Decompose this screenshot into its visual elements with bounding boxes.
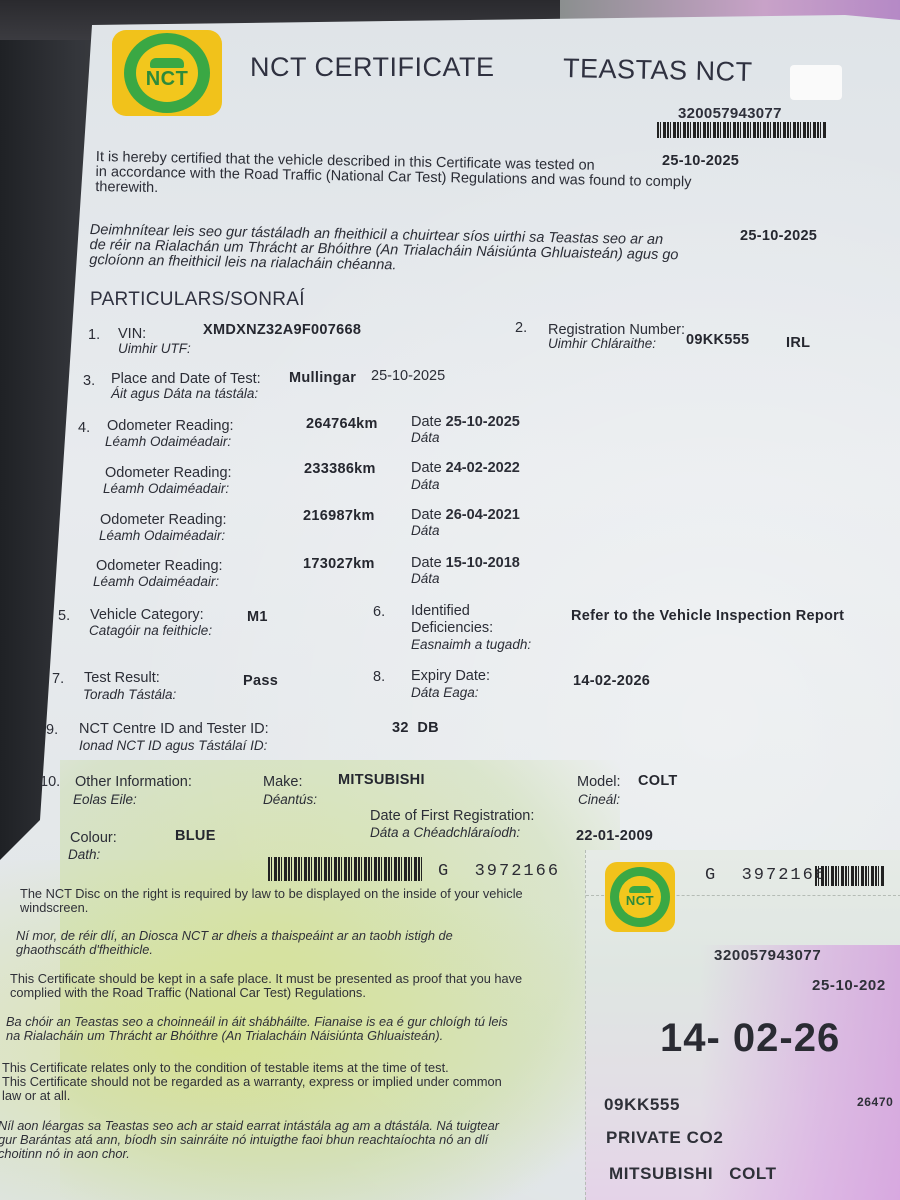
- odometer-value: 264764km: [306, 416, 378, 432]
- disc-category: PRIVATE CO2: [606, 1128, 723, 1148]
- footer-notice-3: This Certificate should be kept in a saf…: [10, 972, 522, 1000]
- certificate-paper: NCT NCT CERTIFICATE TEASTAS NCT 32005794…: [0, 0, 900, 1200]
- result-label: Test Result:: [84, 670, 160, 686]
- odometer-label: Odometer Reading:: [105, 465, 232, 481]
- other-label: Other Information:: [75, 774, 192, 790]
- footer-line: Ní mor, de réir dlí, an Diosca NCT ar dh…: [16, 929, 453, 943]
- odometer-date-label-ga: Dáta: [411, 571, 440, 586]
- serial-barcode: [657, 122, 827, 138]
- odometer-label-ga: Léamh Odaiméadair:: [99, 528, 225, 543]
- test-date-ga: 25-10-2025: [740, 228, 817, 244]
- certificate-barcode-number: G 3972166: [438, 862, 560, 881]
- footer-line: Níl aon léargas sa Teastas seo ach ar st…: [0, 1119, 499, 1133]
- odometer-value: 233386km: [304, 461, 376, 477]
- disc-barcode: [815, 866, 885, 886]
- item-number: 2.: [515, 320, 527, 336]
- disc-registration: 09KK555: [604, 1095, 680, 1115]
- odometer-label-ga: Léamh Odaiméadair:: [103, 481, 229, 496]
- odometer-value: 173027km: [303, 556, 375, 572]
- disc-test-date: 25-10-202: [812, 977, 886, 994]
- deficiencies-label: Deficiencies:: [411, 620, 493, 636]
- footer-line: law or at all.: [2, 1089, 502, 1103]
- odometer-date-label-ga: Dáta: [411, 477, 440, 492]
- expiry-label-ga: Dáta Eaga:: [411, 685, 479, 700]
- item-number: 10.: [40, 774, 60, 790]
- footer-line: windscreen.: [20, 901, 523, 915]
- deficiencies-value: Refer to the Vehicle Inspection Report: [571, 608, 844, 624]
- centre-value: 32 DB: [392, 720, 439, 736]
- colour-value: BLUE: [175, 828, 216, 844]
- car-icon: [629, 886, 651, 893]
- disc-serial-number: 320057943077: [714, 947, 821, 964]
- item-number: 8.: [373, 669, 385, 685]
- make-label-ga: Déantús:: [263, 792, 317, 807]
- footer-line: The NCT Disc on the right is required by…: [20, 887, 523, 901]
- redaction-box: [790, 65, 842, 100]
- first-reg-value: 22-01-2009: [576, 828, 653, 844]
- footer-line: na Rialacháin um Thrácht ar Bhóithre (An…: [6, 1029, 508, 1043]
- odometer-date-label-ga: Dáta: [411, 430, 440, 445]
- deficiencies-label-ga: Easnaimh a tugadh:: [411, 637, 531, 652]
- disc-odometer: 26470: [857, 1095, 893, 1109]
- category-label-ga: Catagóir na feithicle:: [89, 623, 212, 638]
- item-number: 1.: [88, 327, 100, 343]
- odometer-date: 26-04-2021: [446, 507, 520, 523]
- model-label: Model:: [577, 774, 621, 790]
- vin-label-ga: Uimhir UTF:: [118, 341, 191, 356]
- result-label-ga: Toradh Tástála:: [83, 687, 176, 702]
- odometer-date-label: Date: [411, 460, 442, 476]
- nct-logo-icon: NCT: [112, 30, 222, 116]
- odometer-value: 216987km: [303, 508, 375, 524]
- make-value: MITSUBISHI: [338, 772, 425, 788]
- item-number: 6.: [373, 604, 385, 620]
- expiry-label: Expiry Date:: [411, 668, 490, 684]
- footer-line: This Certificate should not be regarded …: [2, 1075, 502, 1089]
- expiry-value: 14-02-2026: [573, 673, 650, 689]
- result-value: Pass: [243, 673, 278, 689]
- disc-make-model: MITSUBISHI COLT: [609, 1164, 777, 1184]
- vin-value: XMDXNZ32A9F007668: [203, 322, 361, 338]
- footer-notice-4: Ba chóir an Teastas seo a choinneáil in …: [6, 1015, 508, 1043]
- certificate-barcode: [268, 857, 423, 881]
- odometer-label: Odometer Reading:: [100, 512, 227, 528]
- item-number: 5.: [58, 608, 70, 624]
- footer-line: This Certificate relates only to the con…: [2, 1061, 502, 1075]
- particulars-heading: PARTICULARS/SONRAÍ: [90, 289, 305, 311]
- first-reg-label-ga: Dáta a Chéadchláraíodh:: [370, 825, 520, 840]
- test-place: Mullingar: [289, 370, 356, 386]
- nct-disc-logo-icon: NCT: [605, 862, 675, 932]
- vin-label: VIN:: [118, 326, 146, 342]
- odometer-date: 24-02-2022: [446, 460, 520, 476]
- item-number: 4.: [78, 420, 90, 436]
- item-number: 9.: [46, 722, 58, 738]
- deficiencies-label: Identified: [411, 603, 470, 619]
- footer-line: choitinn nó in aon chor.: [0, 1147, 499, 1161]
- footer-notice-2: Ní mor, de réir dlí, an Diosca NCT ar dh…: [16, 929, 453, 957]
- odometer-label: Odometer Reading:: [96, 558, 223, 574]
- footer-line: Ba chóir an Teastas seo a choinneáil in …: [6, 1015, 508, 1029]
- disc-expiry-date: 14- 02-26: [660, 1016, 840, 1061]
- place-date-label-ga: Áit agus Dáta na tástála:: [111, 386, 258, 401]
- footer-line: complied with the Road Traffic (National…: [10, 986, 522, 1000]
- odometer-date-label: Date: [411, 414, 442, 430]
- logo-text: NCT: [146, 69, 189, 89]
- car-icon: [150, 58, 184, 68]
- colour-label-ga: Dath:: [68, 847, 100, 862]
- odometer-date: 15-10-2018: [446, 555, 520, 571]
- test-date-en: 25-10-2025: [662, 153, 739, 169]
- odometer-date-label-ga: Dáta: [411, 523, 440, 538]
- footer-line: ghaothscáth d'fheithicle.: [16, 943, 453, 957]
- item-number: 3.: [83, 373, 95, 389]
- odometer-label-ga: Léamh Odaiméadair:: [105, 434, 231, 449]
- registration-value: 09KK555: [686, 332, 749, 348]
- statement-en: It is hereby certified that the vehicle …: [95, 150, 692, 205]
- category-value: M1: [247, 609, 268, 625]
- make-label: Make:: [263, 774, 303, 790]
- logo-text: NCT: [626, 894, 654, 908]
- odometer-date: 25-10-2025: [446, 414, 520, 430]
- colour-label: Colour:: [70, 830, 117, 846]
- odometer-label: Odometer Reading:: [107, 418, 234, 434]
- registration-country: IRL: [786, 335, 810, 351]
- odometer-label-ga: Léamh Odaiméadair:: [93, 574, 219, 589]
- serial-number: 320057943077: [678, 105, 782, 122]
- odometer-date-label: Date: [411, 507, 442, 523]
- footer-notice-6: Níl aon léargas sa Teastas seo ach ar st…: [0, 1119, 499, 1161]
- footer-notice-5: This Certificate relates only to the con…: [2, 1061, 502, 1103]
- footer-notice-1: The NCT Disc on the right is required by…: [20, 887, 523, 915]
- footer-line: gur Barántas atá ann, bíodh sin sainráit…: [0, 1133, 499, 1147]
- place-date-label: Place and Date of Test:: [111, 371, 261, 387]
- model-label-ga: Cineál:: [578, 792, 620, 807]
- centre-label: NCT Centre ID and Tester ID:: [79, 721, 269, 737]
- footer-line: This Certificate should be kept in a saf…: [10, 972, 522, 986]
- other-label-ga: Eolas Eile:: [73, 792, 137, 807]
- disc-barcode-number: G 3972166: [705, 866, 827, 885]
- centre-label-ga: Ionad NCT ID agus Tástálaí ID:: [79, 738, 267, 753]
- title-en: NCT CERTIFICATE: [250, 52, 495, 83]
- test-date: 25-10-2025: [371, 368, 445, 384]
- odometer-date-label: Date: [411, 555, 442, 571]
- statement-ga: Deimhnítear leis seo gur tástáladh an fh…: [89, 223, 679, 278]
- category-label: Vehicle Category:: [90, 607, 204, 623]
- model-value: COLT: [638, 773, 678, 789]
- title-ga: TEASTAS NCT: [563, 53, 753, 88]
- item-number: 7.: [52, 671, 64, 687]
- registration-label-ga: Uimhir Chláraithe:: [548, 336, 656, 351]
- first-reg-label: Date of First Registration:: [370, 808, 534, 824]
